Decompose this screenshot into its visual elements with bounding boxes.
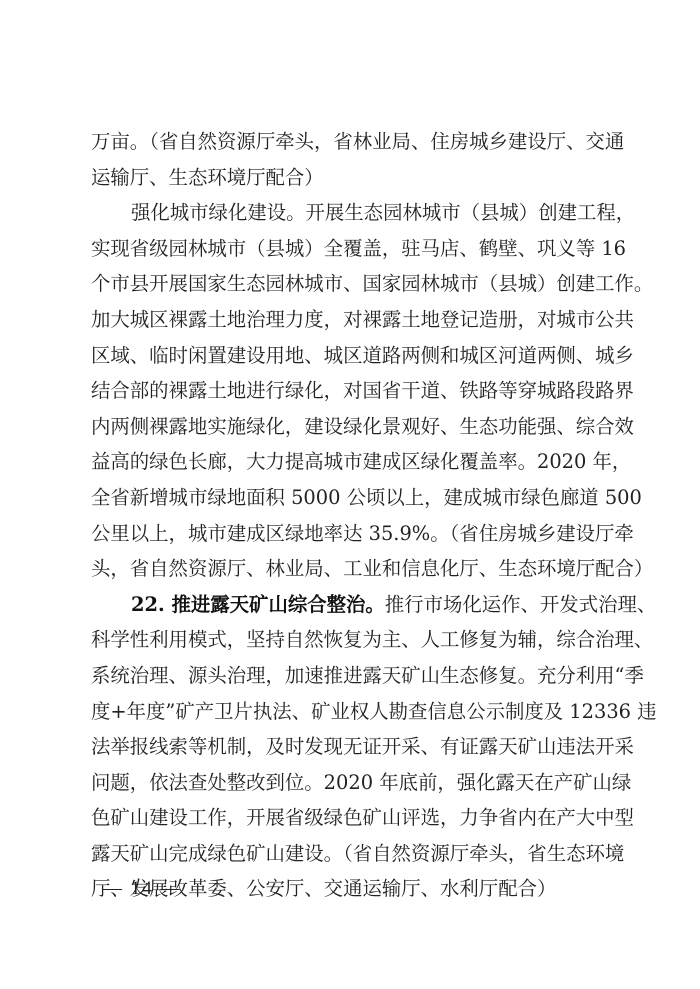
text-line: 个市县开展国家生态园林城市、国家园林城市（县城）创建工作。 bbox=[91, 266, 611, 302]
text-line: 科学性利用模式，坚持自然恢复为主、人工修复为辅，综合治理、 bbox=[91, 622, 611, 658]
paragraph-forest-area: 万亩。（省自然资源厅牵头，省林业局、住房城乡建设厅、交通 运输厅、生态环境厅配合… bbox=[91, 124, 611, 195]
text-line: 系统治理、源头治理，加速推进露天矿山生态修复。充分利用“季 bbox=[91, 658, 611, 694]
text-line: 头，省自然资源厅、林业局、工业和信息化厅、生态环境厅配合） bbox=[91, 551, 611, 587]
text-line: 结合部的裸露土地进行绿化，对国省干道、铁路等穿城路段路界 bbox=[91, 373, 611, 409]
text-line: 实现省级园林城市（县城）全覆盖，驻马店、鹤壁、巩义等 16 bbox=[91, 231, 611, 267]
text-line: 万亩。（省自然资源厅牵头，省林业局、住房城乡建设厅、交通 bbox=[91, 124, 611, 160]
text-line: 色矿山建设工作，开展省级绿色矿山评选，力争省内在产大中型 bbox=[91, 800, 611, 836]
text-line: 加大城区裸露土地治理力度，对裸露土地登记造册，对城市公共 bbox=[91, 302, 611, 338]
page-number: — 14 — bbox=[103, 878, 182, 900]
text-line: 露天矿山完成绿色矿山建设。（省自然资源厅牵头，省生态环境 bbox=[91, 836, 611, 872]
text-line: 22. 推进露天矿山综合整治。推行市场化运作、开发式治理、 bbox=[91, 587, 611, 623]
text-line: 强化城市绿化建设。开展生态园林城市（县城）创建工程， bbox=[91, 195, 611, 231]
text-line: 度+年度”矿产卫片执法、矿业权人勘查信息公示制度及 12336 违 bbox=[91, 694, 611, 730]
text-line: 益高的绿色长廊，大力提高城市建成区绿化覆盖率。2020 年， bbox=[91, 444, 611, 480]
text-line: 区域、临时闲置建设用地、城区道路两侧和城区河道两侧、城乡 bbox=[91, 338, 611, 374]
text-line: 内两侧裸露地实施绿化，建设绿化景观好、生态功能强、综合效 bbox=[91, 409, 611, 445]
text-span: 推行市场化运作、开发式治理、 bbox=[385, 593, 656, 616]
text-line: 运输厅、生态环境厅配合） bbox=[91, 160, 611, 196]
section-heading: 22. 推进露天矿山综合整治。 bbox=[131, 593, 385, 616]
text-line: 全省新增城市绿地面积 5000 公顷以上，建成城市绿色廊道 500 bbox=[91, 480, 611, 516]
text-line: 法举报线索等机制，及时发现无证开采、有证露天矿山违法开采 bbox=[91, 729, 611, 765]
text-line: 问题，依法查处整改到位。2020 年底前，强化露天在产矿山绿 bbox=[91, 765, 611, 801]
paragraph-open-pit-mine-remediation: 22. 推进露天矿山综合整治。推行市场化运作、开发式治理、 科学性利用模式，坚持… bbox=[91, 587, 611, 907]
document-body: 万亩。（省自然资源厅牵头，省林业局、住房城乡建设厅、交通 运输厅、生态环境厅配合… bbox=[91, 124, 611, 907]
text-line: 公里以上，城市建成区绿地率达 35.9%。（省住房城乡建设厅牵 bbox=[91, 516, 611, 552]
paragraph-urban-greening: 强化城市绿化建设。开展生态园林城市（县城）创建工程， 实现省级园林城市（县城）全… bbox=[91, 195, 611, 587]
